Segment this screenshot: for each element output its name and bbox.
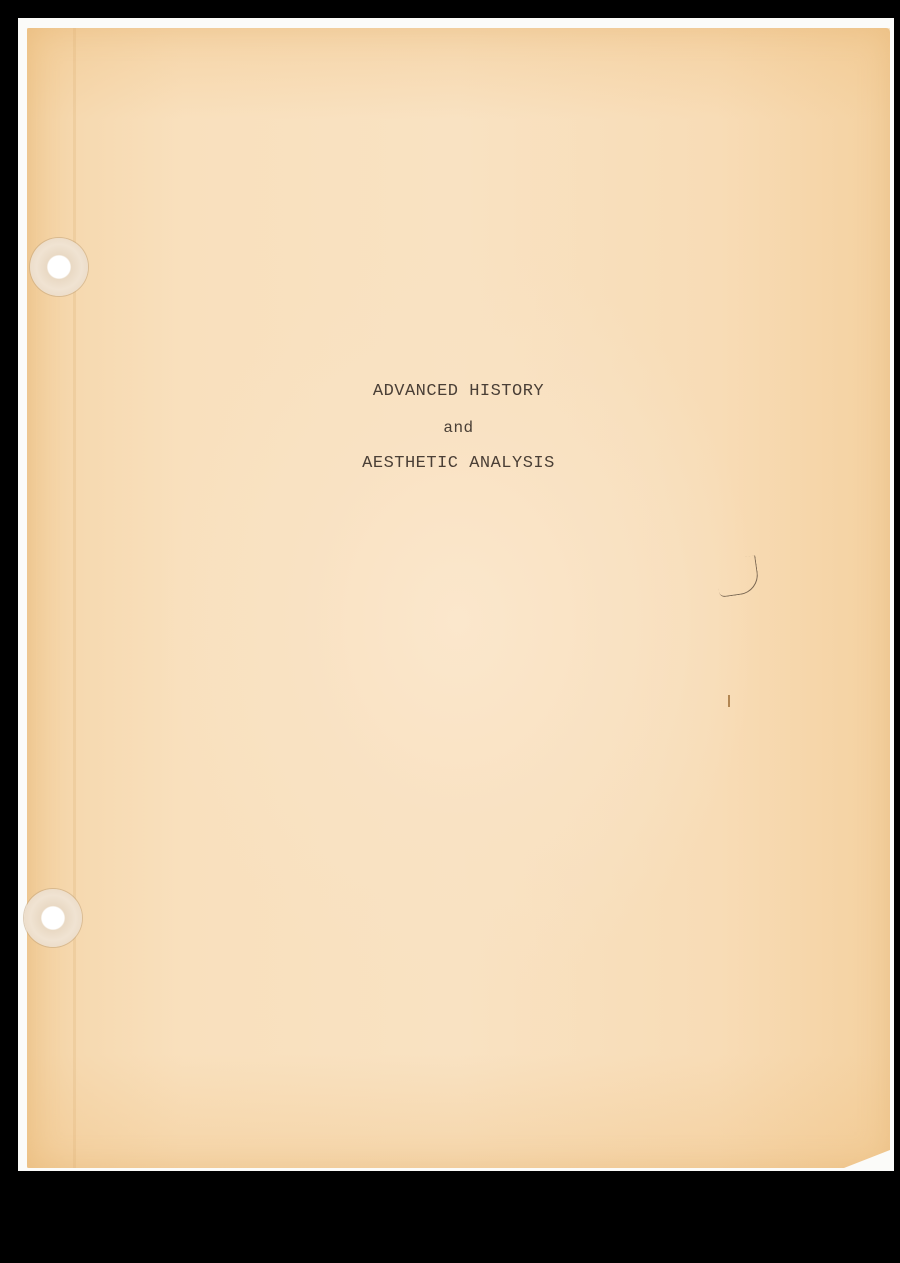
- title-line-1: ADVANCED HISTORY: [27, 374, 890, 410]
- pen-mark-curve: [715, 555, 761, 597]
- title-line-2: and: [27, 410, 890, 446]
- binding-hole-reinforcement-icon: [30, 238, 88, 296]
- title-line-3: AESTHETIC ANALYSIS: [27, 446, 890, 482]
- paper-fold-line: [73, 28, 76, 1168]
- torn-corner: [844, 1150, 890, 1168]
- cover-title: ADVANCED HISTORY and AESTHETIC ANALYSIS: [27, 374, 890, 482]
- pen-mark-tick: [728, 695, 730, 707]
- binding-hole-reinforcement-icon: [24, 889, 82, 947]
- paper-page: ADVANCED HISTORY and AESTHETIC ANALYSIS: [27, 28, 890, 1168]
